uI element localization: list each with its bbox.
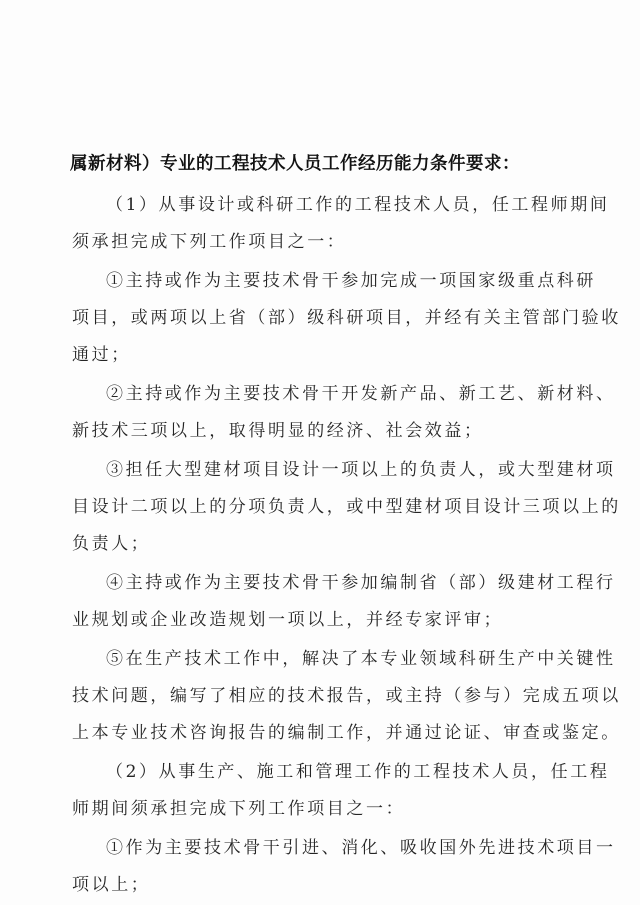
paragraph-line: 须承担完成下列工作项目之一： — [72, 227, 572, 252]
paragraph-line: ①作为主要技术骨干引进、消化、吸收国外先进技术项目一 — [106, 833, 606, 858]
paragraph-line: 负责人； — [72, 529, 572, 554]
paragraph-line: （2）从事生产、施工和管理工作的工程技术人员，任工程 — [106, 757, 606, 782]
paragraph-line: 师期间须承担完成下列工作项目之一： — [72, 794, 572, 819]
paragraph-line: ④主持或作为主要技术骨干参加编制省（部）级建材工程行 — [106, 568, 606, 593]
section-heading: 属新材料）专业的工程技术人员工作经历能力条件要求： — [70, 150, 570, 175]
paragraph-line: 项目，或两项以上省（部）级科研项目，并经有关主管部门验收 — [72, 303, 572, 328]
paragraph-line: 新技术三项以上，取得明显的经济、社会效益； — [72, 416, 572, 441]
document-page: 属新材料）专业的工程技术人员工作经历能力条件要求： （1）从事设计或科研工作的工… — [0, 0, 640, 905]
paragraph-line: 目设计二项以上的分项负责人，或中型建材项目设计三项以上的 — [72, 492, 572, 517]
paragraph-line: 上本专业技术咨询报告的编制工作，并通过论证、审查或鉴定。 — [72, 718, 572, 743]
paragraph-line: ②主持或作为主要技术骨干开发新产品、新工艺、新材料、 — [106, 379, 606, 404]
paragraph-line: 技术问题，编写了相应的技术报告，或主持（参与）完成五项以 — [72, 681, 572, 706]
paragraph-line: ⑤在生产技术工作中，解决了本专业领域科研生产中关键性 — [106, 644, 606, 669]
paragraph-line: 通过； — [72, 340, 572, 365]
paragraph-line: ③担任大型建材项目设计一项以上的负责人，或大型建材项 — [106, 455, 606, 480]
paragraph-line: ①主持或作为主要技术骨干参加完成一项国家级重点科研 — [106, 266, 606, 291]
paragraph-line: 项以上； — [72, 870, 572, 895]
paragraph-line: 业规划或企业改造规划一项以上，并经专家评审； — [72, 605, 572, 630]
paragraph-line: （1）从事设计或科研工作的工程技术人员，任工程师期间 — [106, 190, 606, 215]
